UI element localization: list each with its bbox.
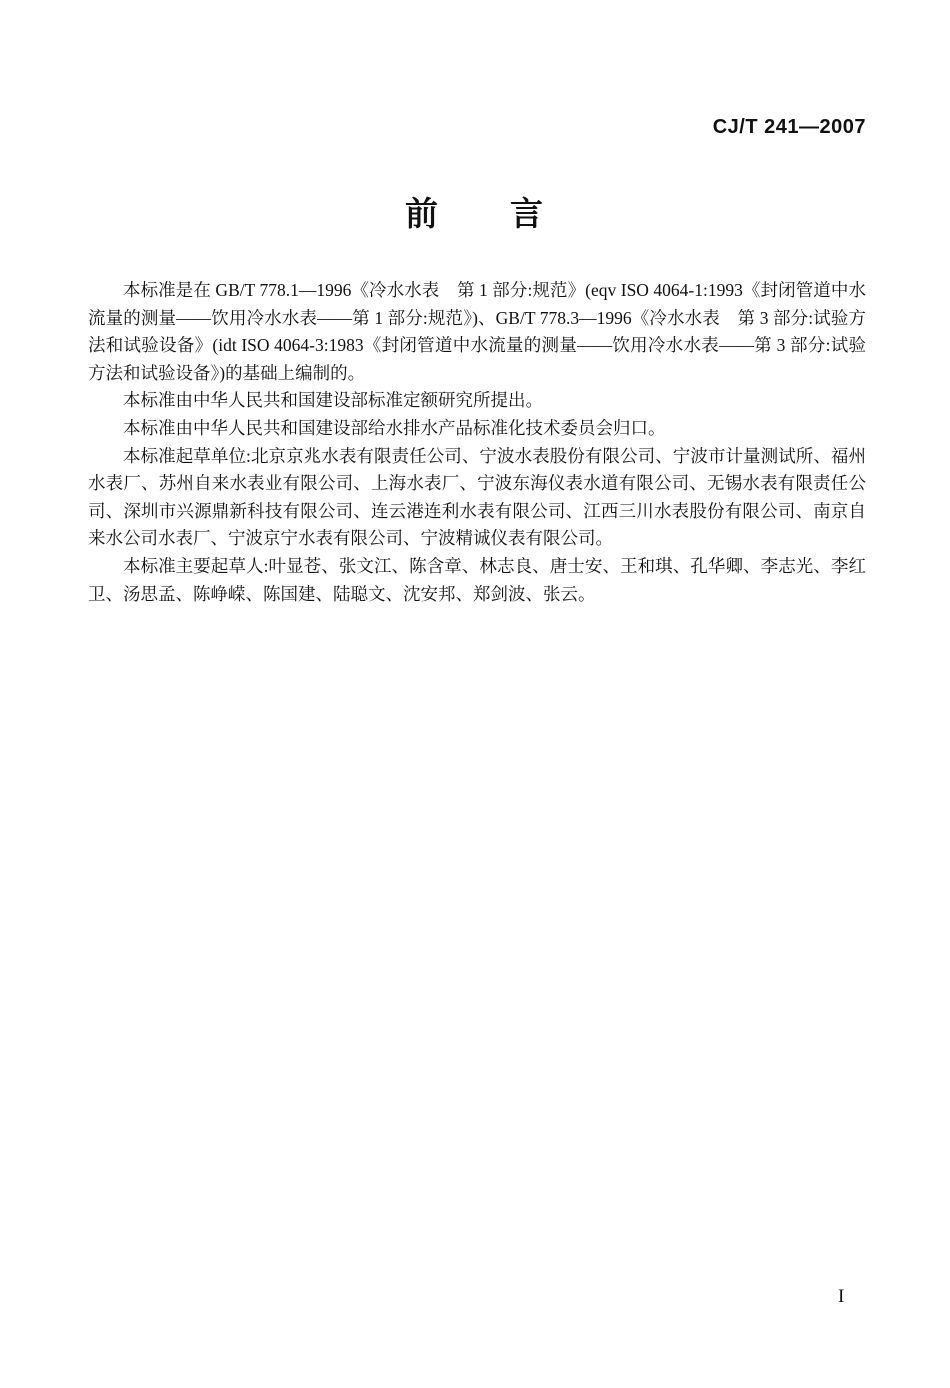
foreword-paragraph-basis: 本标准是在 GB/T 778.1—1996《冷水水表 第 1 部分:规范》(eq… bbox=[88, 277, 866, 387]
standard-number: CJ/T 241—2007 bbox=[713, 116, 866, 139]
page-number: I bbox=[838, 1286, 844, 1308]
foreword-paragraph-proposed-by: 本标准由中华人民共和国建设部标准定额研究所提出。 bbox=[88, 387, 866, 415]
foreword-paragraph-drafters: 本标准主要起草人:叶显苍、张文江、陈含章、林志良、唐士安、王和琪、孔华卿、李志光… bbox=[88, 553, 866, 608]
foreword-body: 本标准是在 GB/T 778.1—1996《冷水水表 第 1 部分:规范》(eq… bbox=[88, 277, 866, 608]
document-page: CJ/T 241—2007 前 言 本标准是在 GB/T 778.1—1996《… bbox=[0, 0, 950, 1388]
foreword-paragraph-drafting-organizations: 本标准起草单位:北京京兆水表有限责任公司、宁波水表股份有限公司、宁波市计量测试所… bbox=[88, 443, 866, 553]
foreword-paragraph-centralized-by: 本标准由中华人民共和国建设部给水排水产品标准化技术委员会归口。 bbox=[88, 415, 866, 443]
page-title: 前 言 bbox=[0, 188, 950, 235]
